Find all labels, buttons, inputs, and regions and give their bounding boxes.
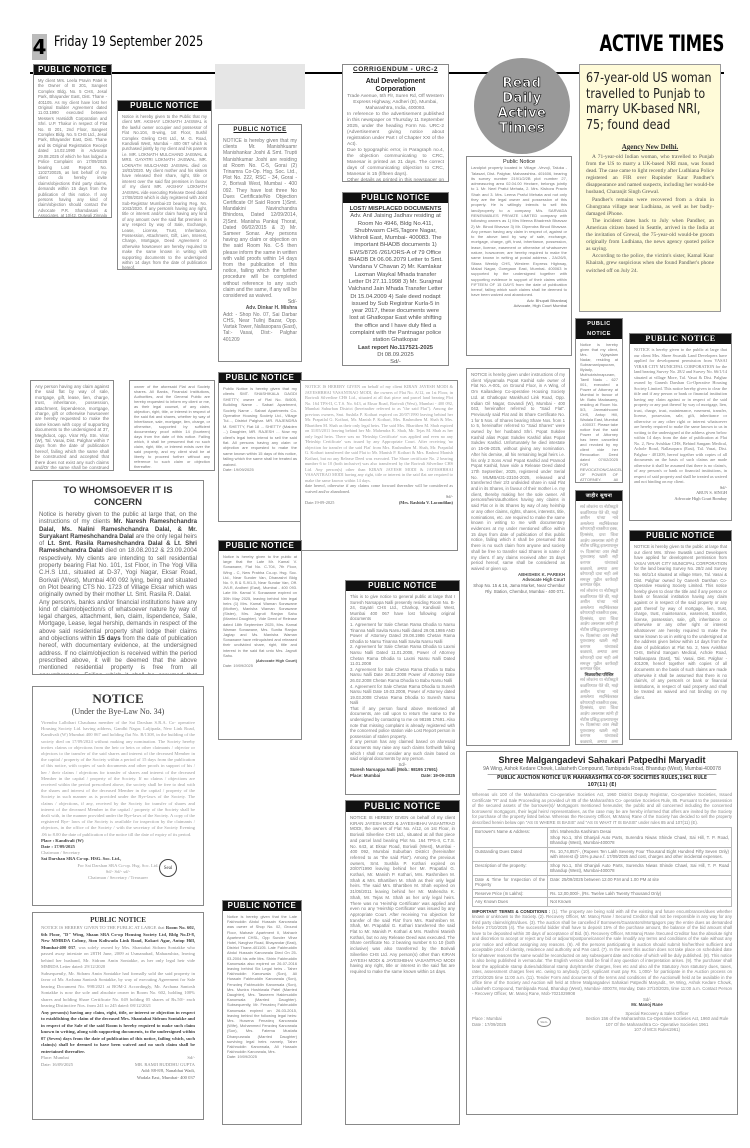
notice-patel: PUBLIC NOTICE My client Mrs. Leela Pravi…	[33, 64, 112, 218]
notice-body: owner of the aforesaid Flat and Society …	[134, 384, 210, 469]
notice-title: CORRIGENDUM - URC-2	[343, 65, 448, 75]
row-value: Rs. 12,00,000/-, (Rs. Twelve Lakh Twenty…	[548, 889, 732, 898]
auction-notice: Shree Malgangadevi Sahakari Patpedhi Mar…	[466, 751, 738, 1115]
notice-title: PUBLIC NOTICE	[118, 101, 211, 111]
notice-date: Date: 16/09/2025	[41, 1062, 73, 1069]
notice-body: Adv. Anil Jaising Jadhav residing at Roo…	[347, 213, 444, 344]
auction-place: Place : Mumbai	[472, 1016, 506, 1022]
notice-modi: PUBLIC NOTICE NOTICE IS HEREBY GIVEN on …	[345, 800, 460, 1125]
notice-mishra: owner of the aforesaid Flat and Society …	[129, 380, 215, 471]
notice-signatory: (Mrs. Rashida V. Lacondilan)	[399, 500, 453, 506]
notice-title: PUBLIC NOTICE	[630, 334, 731, 344]
article-paragraph: According to the police, the victim's si…	[586, 253, 714, 274]
notice-title: PUBLIC NOTICE	[34, 65, 111, 75]
table-row: Date & Time for Inspection of the Proper…	[473, 875, 732, 889]
notice-nalli: PUBLIC NOTICE This is to give notice to …	[345, 580, 460, 795]
notice-body: Any person(s) having any claim, right, t…	[41, 1010, 195, 1056]
notice-role: Advocate, High Court Mumbai	[471, 303, 567, 308]
issue-date: Friday 19 September 2025	[54, 34, 203, 50]
notice-title: PUBLIC NOTICE	[343, 193, 448, 203]
table-row: Reserve Price (In Lakhs):Rs. 12,00,000/-…	[473, 889, 732, 898]
notice-shetty: PUBLIC NOTICE Public Notice is hereby gi…	[218, 372, 302, 522]
org-name: Atul Development Corporation	[347, 78, 444, 94]
notice-sonawane: PUBLIC NOTICE Notice is hereby given to …	[218, 540, 302, 740]
notice-subtitle: LOST/ MISPLACED DOCUMENTS	[347, 206, 444, 213]
article-paragraph: The incident dates back to July when Pan…	[586, 218, 714, 253]
notice-body: NOTICE IS HEREBY GIVEN on behalf of my c…	[305, 384, 453, 483]
notice-date: Date:19-09-2025	[305, 500, 334, 506]
notice-body: date hereof, otherwise if any claims com…	[305, 483, 453, 494]
notice-body: Notice is hereby given to the Public tha…	[122, 114, 207, 270]
auction-org-name: Shree Malgangadevi Sahakari Patpedhi Mar…	[472, 755, 732, 766]
notice-title: PUBLIC NOTICE	[223, 901, 301, 911]
row-value: Shop No.1, Shri Dhanjali Auto Parts, Sur…	[548, 861, 732, 875]
promo-line: Times	[499, 121, 545, 136]
notice-title: PUBLIC NOTICE	[219, 125, 301, 135]
notice-title: PUBLIC NOTICE	[41, 916, 195, 925]
notice-body: Landplot property located in Village -Ve…	[471, 165, 567, 297]
notice-date: Date: 19-09-2025	[421, 773, 455, 779]
row-label: Date & Time for Inspection of the Proper…	[473, 875, 548, 889]
table-row: Outstanding Dues DatedRs. 10,74,857/-, (…	[473, 847, 732, 861]
notice-solanki: Any person having any claim against the …	[30, 380, 114, 471]
read-daily-promo: Read Daily Active Times	[474, 58, 570, 154]
notice-body: In reference to the advertisement publis…	[347, 112, 444, 148]
notice-body: This is to give notice to general public…	[350, 594, 455, 622]
lost-document-item: Agreement for Sale Chetan Rama Dhodia to…	[350, 684, 455, 706]
notice-place: Place: Mumbai	[350, 773, 380, 779]
notice-body: Notice is hereby given to the public at …	[223, 554, 297, 658]
notice-babu-poa: PUBLIC NOTICE Notice is hereby given tha…	[575, 318, 623, 483]
notice-parekh: NOTICE is hereby given under instruction…	[466, 368, 570, 746]
notice-text: died on 18.08.2012 & 23.09.2004 respecti…	[39, 547, 197, 598]
auction-intro: Whereas u/s 100 of the Maharashtra Co-op…	[472, 792, 732, 825]
notice-address: Shop No. 15 & 16, Jama Market, Near Chem…	[471, 583, 565, 594]
notice-lost-documents: PUBLIC NOTICE LOST/ MISPLACED DOCUMENTS …	[342, 192, 449, 366]
notice-body: NOTICE is hereby given under instruction…	[471, 372, 565, 572]
table-row: Borrower's Name & Address:Shri. Mahendra…	[473, 828, 732, 848]
notice-title: जाहीर सूचना	[576, 491, 622, 501]
article-byline: Agency New Delhi.	[586, 143, 714, 151]
notice-joshi: PUBLIC NOTICE NOTICE is hereby given tha…	[218, 124, 302, 362]
notice-title: TO WHOMSOEVER IT IS CONCERN	[39, 485, 197, 509]
row-label: Outstanding Dues Dated	[473, 847, 548, 861]
notice-continuation: PUBLIC NOTICE NOTICE is hereby given to …	[629, 530, 732, 740]
masthead: ACTIVE TIMES	[599, 32, 724, 57]
lost-document-item: Agreement for Sale Chetan Rama Dhodia to…	[350, 667, 455, 683]
article-headline: 67-year-old US woman travelled to Punjab…	[586, 71, 717, 133]
notice-title: PUBLIC NOTICE	[630, 531, 731, 541]
row-label: Borrower's Name & Address:	[473, 828, 548, 848]
notice-body: NOTICE is hereby given that my clients M…	[223, 138, 297, 299]
seal-stamp: SEAL	[537, 1017, 551, 1027]
lost-document-item: Agreement for Sale Chetan Rama Dhodia to…	[350, 622, 455, 644]
notice-text: NOTICE IS HEREBY GIVEN TO THE PUBLIC AT …	[41, 925, 166, 930]
table-row: Any Known DuesNot Known	[473, 898, 732, 907]
notice-gupta: PUBLIC NOTICE NOTICE IS HEREBY GIVEN TO …	[32, 912, 204, 1120]
notice-date: Date: 19/09/2025	[223, 663, 297, 668]
report-date: Dt 08.09.2025	[347, 352, 444, 359]
notice-body: Notice is hereby given that the Late Fak…	[227, 914, 297, 1054]
article-paragraph: A 71-year-old Indian woman, who travelle…	[586, 154, 714, 197]
notice-body: If any person has any claimed based on a…	[350, 739, 455, 761]
org-address: Trade Avenue, 5th Flr, Suren Rd, Off Wes…	[347, 94, 444, 112]
notice-body: सर्व लोकांना या नोटीसद्वारे कळविण्यात ये…	[580, 504, 618, 588]
notice-body: सर्व लोकांना या नोटीसद्वारे कळविण्यात ये…	[580, 677, 618, 745]
auction-date: Date : 17/09/2025	[472, 1022, 506, 1028]
terms-title: IMPORTANT TERMS & CONDITIONS :	[472, 909, 550, 914]
notice-body: NOTICE IS HEREBY GIVEN on behalf of my c…	[350, 815, 455, 975]
notice-title: PUBLIC NOTICE	[576, 319, 622, 339]
blank-ad-space	[215, 64, 305, 109]
notice-signatory: R. J. MISHRA	[134, 469, 210, 471]
auction-officer-detail: 107 of MCS Rules1961)	[582, 1027, 732, 1033]
notice-body: Public Notice is hereby given that my cl…	[223, 386, 297, 467]
row-label: Description of the property:	[473, 861, 548, 875]
article-paragraph: Pandher's remains were recovered from a …	[586, 197, 714, 218]
lost-document-item: Agreement for Sale Chetan Rama Dhodia to…	[350, 644, 455, 666]
notice-to-whomsoever: TO WHOMSOEVER IT IS CONCERN Notice is he…	[32, 480, 204, 675]
notice-title: PUBLIC NOTICE	[346, 801, 459, 812]
auction-officer-detail: Section 156 of the Maharashtra Co-Operat…	[582, 1016, 732, 1027]
terms-body: (1). The property are being sold with al…	[472, 909, 732, 997]
notice-title: NOTICE	[41, 691, 195, 706]
auction-org-address: 9A Wing, Ashok Kedare Chowk, Lalasheth C…	[472, 766, 732, 772]
row-label: Reserve Price (In Lakhs):	[473, 889, 548, 898]
row-value: Not Known	[548, 898, 732, 907]
notice-body: Virendra Lalbihari Chauhana member of th…	[41, 720, 195, 838]
promo-line: Daily	[502, 91, 541, 106]
page-number: 4	[32, 34, 47, 60]
notice-address: Wadala East, Mumbai- 400 037	[41, 1075, 195, 1082]
notice-land: Public Notice Landplot property located …	[466, 156, 572, 356]
notice-body: Subsequently, Mr. Sidram Amin Sontakke h…	[41, 971, 195, 1010]
notice-bye-law: NOTICE (Under the Bye-Law No. 34) Virend…	[32, 686, 204, 906]
feature-article: 67-year-old US woman travelled to Punjab…	[579, 64, 721, 312]
notice-body: My client Mrs. Leela Pravin Patel is the…	[38, 78, 107, 218]
notice-body: That if any person found above mentioned…	[350, 706, 455, 740]
row-label: Any Known Dues	[473, 898, 548, 907]
auction-heading: PUBLIC AUCTION NOTICE U/R MAHARASHTRA CO…	[488, 774, 717, 790]
row-value: Rs. 10,74,857/-, (Rupees Ten Lakh Sevent…	[548, 847, 732, 861]
notice-address: Add: - Shop No. 07, Sai Darbar CHS, Near…	[223, 312, 297, 343]
auction-details-table: Borrower's Name & Address:Shri. Mahendra…	[472, 827, 732, 907]
notice-body: Any person having any claim against the …	[35, 384, 109, 471]
claim-period: 15 days	[98, 635, 121, 642]
notice-kanorwala: PUBLIC NOTICE Notice is hereby given tha…	[222, 900, 302, 1125]
notice-body: NOTICE is hereby given to the public at …	[634, 347, 727, 485]
notice-rashida: NOTICE IS HEREBY GIVEN on behalf of my c…	[300, 380, 458, 551]
notice-title: PUBLIC NOTICE	[219, 373, 301, 383]
seal-stamp: Seal	[159, 859, 177, 877]
promo-line: Active	[498, 106, 547, 121]
notice-swastik-land: PUBLIC NOTICE NOTICE is hereby given to …	[629, 333, 732, 521]
notice-body: Due to typographic error, in Paragraph n…	[347, 148, 444, 178]
row-value: Shri. Mahendra Kashiram Desai Shop No.1,…	[548, 828, 732, 848]
notice-body: Notice is hereby given that my client, M…	[580, 342, 618, 483]
auction-officer: Mr. Manoj Rane	[472, 1002, 732, 1008]
notice-title: PUBLIC NOTICE	[219, 541, 301, 551]
notice-title: PUBLIC NOTICE	[346, 581, 459, 591]
row-value: Date: 25/09/2025 between 12.00 P.M and 1…	[548, 875, 732, 889]
table-row: Description of the property:Shop No.1, S…	[473, 861, 732, 875]
notice-date: Date: 19/09/2025	[227, 1054, 297, 1059]
notice-date: Date: 19/09/2025	[223, 467, 297, 472]
notice-body: Other details as printed in this newspap…	[347, 178, 444, 182]
report-number: Last report No.117521-2025	[347, 345, 444, 352]
promo-line: Read	[503, 76, 542, 91]
notice-subtitle: (Under the Bye-Law No. 34)	[41, 706, 195, 717]
notice-body: NOTICE is hereby given to the public at …	[634, 544, 727, 701]
notice-body: सर्व लोकांना या नोटीसद्वारे कळविण्यात ये…	[580, 588, 618, 672]
notice-sd: Sd/-	[347, 359, 444, 366]
notice-role: Advocate High Court Bombay	[634, 496, 727, 502]
notice-corrigendum: CORRIGENDUM - URC-2 Atul Development Cor…	[342, 64, 449, 182]
notice-jaiswal: PUBLIC NOTICE Notice is hereby given to …	[117, 100, 212, 270]
notice-marathi: जाहीर सूचना सर्व लोकांना या नोटीसद्वारे …	[575, 490, 623, 745]
